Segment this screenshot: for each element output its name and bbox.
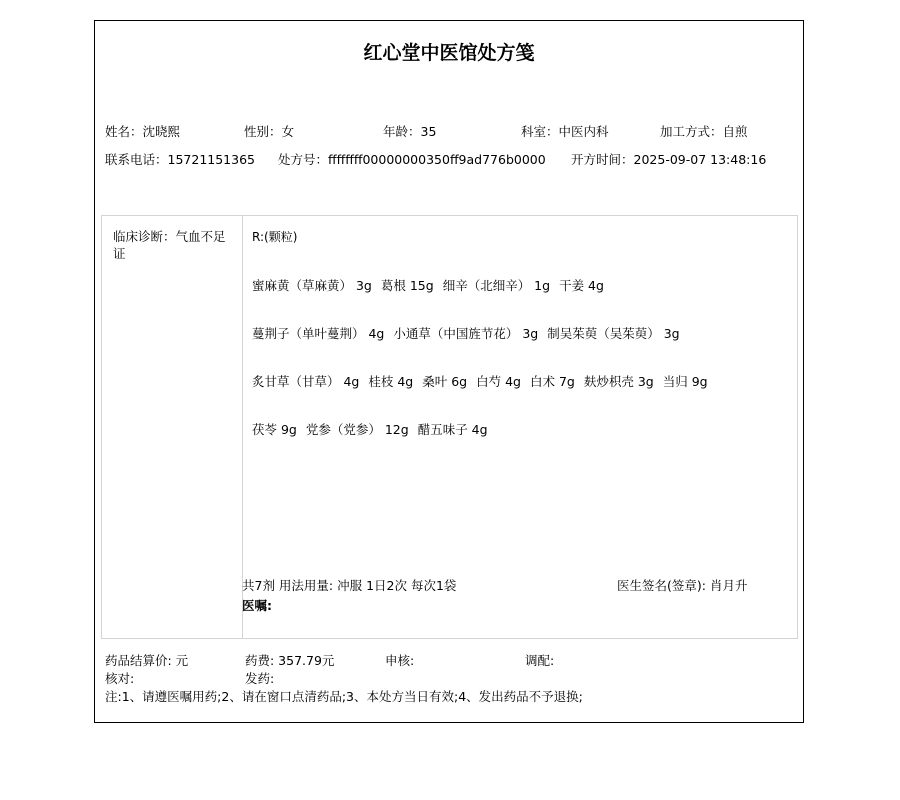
rx-label: R:(颗粒) xyxy=(252,228,297,245)
herb-line: 蔓荆子（单叶蔓荆） 4g小通草（中国旌节花） 3g制吴茱萸（吴茱萸） 3g xyxy=(252,324,689,342)
herb-item: 葛根 15g xyxy=(381,278,434,293)
herb-line: 蜜麻黄（草麻黄） 3g葛根 15g细辛（北细辛） 1g干姜 4g xyxy=(252,276,613,294)
department: 科室：中医内科 xyxy=(521,122,609,140)
settle-price: 药品结算价: 元 xyxy=(105,651,188,669)
dept-label: 科室： xyxy=(521,124,559,139)
prescription-sheet: 红心堂中医馆处方笺 姓名：沈晓熙 性别：女 年龄：35 科室：中医内科 加工方式… xyxy=(94,20,804,723)
process-method: 加工方式：自煎 xyxy=(660,122,748,140)
age-value: 35 xyxy=(421,124,437,139)
notice: 注:1、请遵医嘱用药;2、请在窗口点清药品;3、本处方当日有效;4、发出药品不予… xyxy=(105,687,583,705)
herb-item: 桂枝 4g xyxy=(368,374,413,389)
diagnosis-label: 临床诊断： xyxy=(113,229,176,244)
dispense: 调配: xyxy=(525,651,554,669)
name-value: 沈晓熙 xyxy=(143,124,181,139)
phone: 联系电话：15721151365 xyxy=(105,150,255,168)
herb-item: 白术 7g xyxy=(530,374,575,389)
gender-value: 女 xyxy=(282,124,295,139)
doctor-name: 肖月升 xyxy=(710,578,748,593)
name-label: 姓名： xyxy=(105,124,143,139)
check: 核对: xyxy=(105,669,134,687)
herb-item: 醋五味子 4g xyxy=(418,422,488,437)
drug-fee: 药费: 357.79元 xyxy=(245,651,334,669)
prescription-number: 处方号：ffffffff00000000350ff9ad776b0000 xyxy=(278,150,546,168)
herb-item: 制吴茱萸（吴茱萸） 3g xyxy=(547,326,679,341)
herb-item: 小通草（中国旌节花） 3g xyxy=(393,326,538,341)
review: 申核: xyxy=(385,651,414,669)
herb-item: 麸炒枳壳 3g xyxy=(584,374,654,389)
patient-gender: 性别：女 xyxy=(244,122,294,140)
process-value: 自煎 xyxy=(723,124,748,139)
herb-item: 当归 9g xyxy=(663,374,708,389)
rx-time-value: 2025-09-07 13:48:16 xyxy=(634,152,767,167)
issue: 发药: xyxy=(245,669,274,687)
herb-item: 茯苓 9g xyxy=(252,422,297,437)
herb-item: 干姜 4g xyxy=(559,278,604,293)
rx-time-label: 开方时间： xyxy=(571,152,634,167)
phone-label: 联系电话： xyxy=(105,152,168,167)
clinical-diagnosis: 临床诊断：气血不足证 xyxy=(113,228,235,262)
doctor-label: 医生签名(签章): xyxy=(617,578,706,593)
herb-item: 蜜麻黄（草麻黄） 3g xyxy=(252,278,372,293)
prescription-time: 开方时间：2025-09-07 13:48:16 xyxy=(571,150,766,168)
doctor-advice: 医嘱: xyxy=(242,596,272,614)
age-label: 年龄： xyxy=(383,124,421,139)
herb-line: 炙甘草（甘草） 4g桂枝 4g桑叶 6g白芍 4g白术 7g麸炒枳壳 3g当归 … xyxy=(252,372,717,390)
dept-value: 中医内科 xyxy=(559,124,609,139)
herb-item: 细辛（北细辛） 1g xyxy=(443,278,550,293)
rx-no-value: ffffffff00000000350ff9ad776b0000 xyxy=(328,152,546,167)
herb-item: 党参（党参） 12g xyxy=(306,422,409,437)
herb-line: 茯苓 9g党参（党参） 12g醋五味子 4g xyxy=(252,420,497,438)
prescription-box: 临床诊断：气血不足证 R:(颗粒) 蜜麻黄（草麻黄） 3g葛根 15g细辛（北细… xyxy=(101,215,798,639)
patient-name: 姓名：沈晓熙 xyxy=(105,122,180,140)
patient-age: 年龄：35 xyxy=(383,122,436,140)
page-title: 红心堂中医馆处方笺 xyxy=(95,38,803,65)
phone-value: 15721151365 xyxy=(168,152,255,167)
herb-item: 炙甘草（甘草） 4g xyxy=(252,374,359,389)
herb-item: 蔓荆子（单叶蔓荆） 4g xyxy=(252,326,384,341)
herb-item: 桑叶 6g xyxy=(422,374,467,389)
gender-label: 性别： xyxy=(244,124,282,139)
process-label: 加工方式： xyxy=(660,124,723,139)
rx-no-label: 处方号： xyxy=(278,152,328,167)
usage-dosage: 共7剂 用法用量: 冲服 1日2次 每次1袋 xyxy=(242,576,456,594)
doctor-signature: 医生签名(签章): 肖月升 xyxy=(617,576,747,594)
herb-item: 白芍 4g xyxy=(476,374,521,389)
column-divider xyxy=(242,216,243,638)
